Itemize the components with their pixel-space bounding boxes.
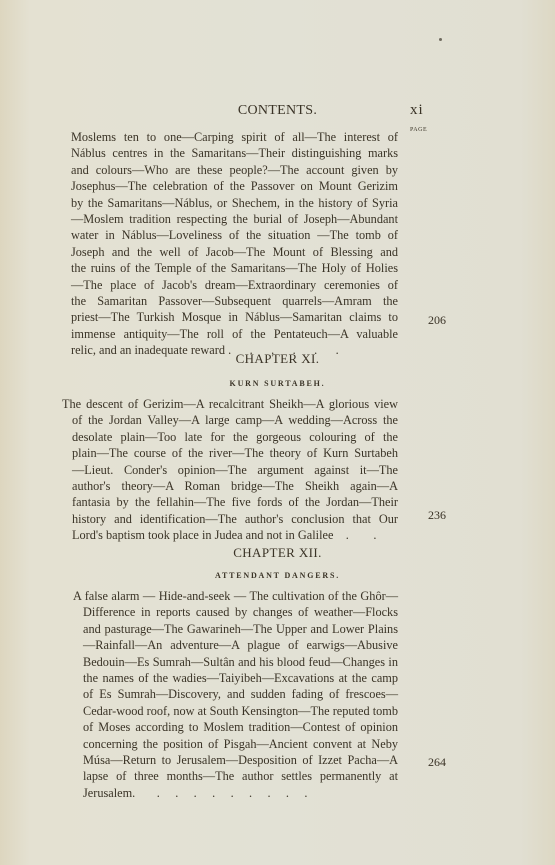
text-line: fantasia by the fellahin—The five fords … [72,494,398,510]
text-line: Moslems ten to one—Carping spirit of all… [71,129,398,145]
page-number: 206 [428,313,446,328]
paper-speck [439,38,442,41]
text-line: Josephus—The celebration of the Passover… [71,178,398,194]
text-line: immense antiquity—The roll of the Pentat… [71,326,398,342]
text-line: of Es Sumrah—Discovery, and sudden fadin… [83,686,398,702]
text-line: Bedouin—Es Sumrah—Sultân and his blood f… [83,654,398,670]
text-line: Náblus centres in the Samaritans—Their d… [71,145,398,161]
dot-leader: . . [346,528,377,542]
page-number: 264 [428,755,446,770]
text-line: water in Náblus—Loveliness of the situat… [71,227,398,243]
text-line: and colours—Who are these people?—The ac… [71,162,398,178]
running-head: CONTENTS. xi [0,103,555,123]
page-column-label: PAGE [410,127,427,133]
chapter-heading: CHAPTER XI. [0,351,555,367]
text-line: the ruins of the Temple of the Samaritan… [71,260,398,276]
text-line: Lord's baptism took place in Judea and n… [72,528,333,542]
text-line: plain—The course of the river—The theory… [72,445,398,461]
chapter-subtitle: ATTENDANT DANGERS. [0,571,555,580]
text-line: author's theory—A Roman bridge—The Sheik… [72,478,398,494]
text-line: Jerusalem. [83,786,135,800]
text-line-last: Lord's baptism took place in Judea and n… [72,527,398,543]
text-line: of Moses according to Moslem tradition—C… [83,719,398,735]
text-line: —The place of Jacob's dream—Extraordinar… [71,277,398,293]
text-line: and pasturage—The Gawarineh—The Upper an… [83,621,398,637]
text-line: The descent of Gerizim—A recalcitrant Sh… [62,396,398,412]
text-line: Joseph and the well of Jacob—The Mount o… [71,244,398,260]
text-line: concerning the position of Pisgah—Ancien… [83,736,398,752]
text-line: Músa—Return to Jerusalem—Desposition of … [83,752,398,768]
text-line: A false alarm — Hide-and-seek — The cult… [73,588,398,604]
text-line: by the Samaritans—Náblus, or Shechem, in… [71,195,398,211]
contents-entry-chapter-xii: A false alarm — Hide-and-seek — The cult… [83,588,398,801]
folio-number: xi [410,102,424,119]
text-line: lapse of three months—The author settles… [83,768,398,784]
chapter-subtitle: KURN SURTABEH. [0,379,555,388]
text-line: history and identification—The author's … [72,511,398,527]
page-number: 236 [428,508,446,523]
book-page: CONTENTS. xi PAGE Moslems ten to one—Car… [0,0,555,865]
dot-leader: . . . . . . . . . [157,786,308,800]
text-line: the Samaritan Passover—Subsequent quarre… [71,293,398,309]
text-line: —Lieut. Conder's opinion—The argument ag… [72,462,398,478]
text-line: —Rainfall—An adventure—A plague of earwi… [83,637,398,653]
text-line: Difference in reports caused by changes … [83,604,398,620]
text-line: the names of the wadies—Taiyibeh—Excavat… [83,670,398,686]
text-line: of the Jordan Valley—A large camp—A wedd… [72,412,398,428]
page-title: CONTENTS. [0,103,555,119]
text-line: desolate plain—Too late for the gorgeous… [72,429,398,445]
text-line: priest—The Turkish Mosque in Náblus—Sama… [71,309,398,325]
chapter-heading: CHAPTER XII. [0,545,555,561]
text-line: Cedar-wood roof, now at South Kensington… [83,703,398,719]
contents-entry-chapter-xi: The descent of Gerizim—A recalcitrant Sh… [72,396,398,544]
text-line: —Moslem tradition respecting the burial … [71,211,398,227]
contents-entry-continuation: Moslems ten to one—Carping spirit of all… [71,129,398,359]
text-line-last: Jerusalem. . . . . . . . . . [83,785,398,801]
